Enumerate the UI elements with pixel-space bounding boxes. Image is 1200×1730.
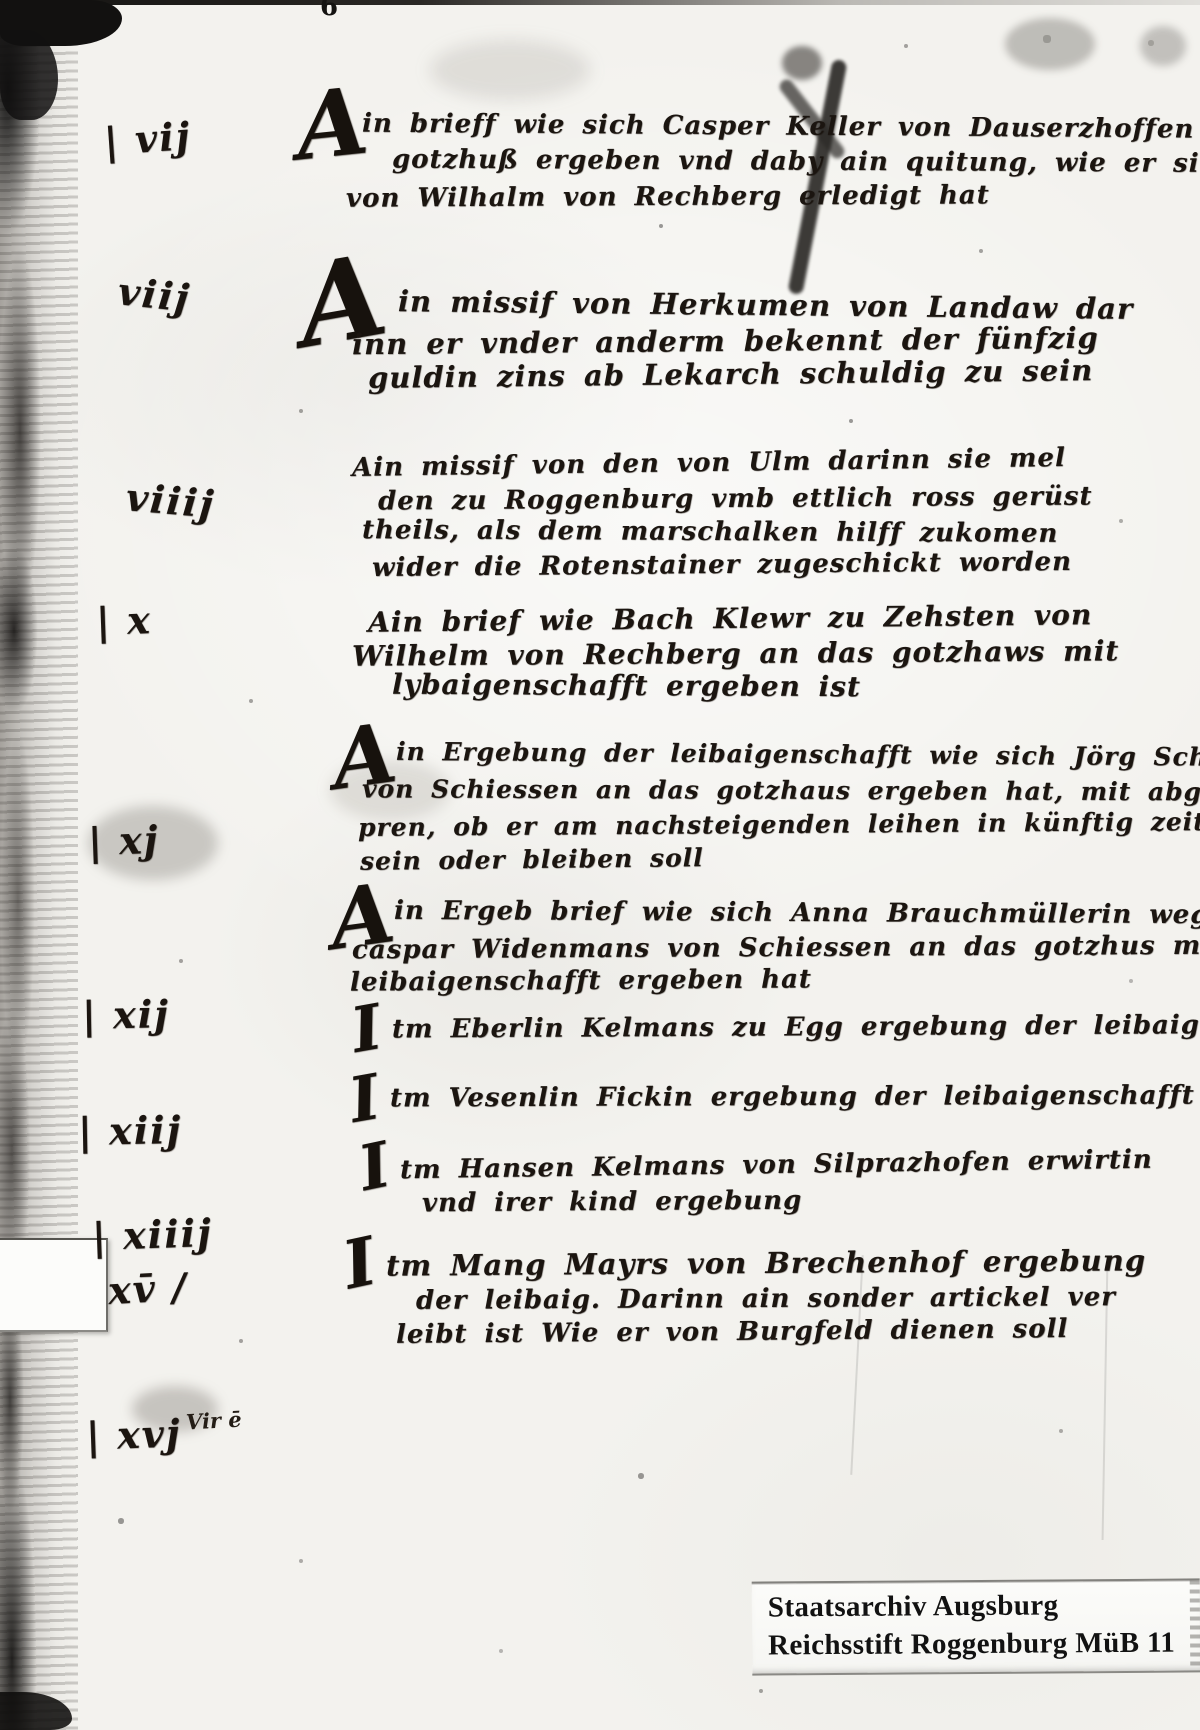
entry-line: lybaigenschafft ergeben ist [392,668,861,703]
margin-numeral: viiij [124,474,217,527]
margin-numeral: | xiij [78,1107,183,1154]
entry-line: den zu Roggenburg vmb ettlich ross gerüs… [378,482,1093,517]
stain-blob [1005,18,1095,70]
entry-initial: I [345,1066,384,1132]
archive-stamp: Staatsarchiv Augsburg Reichsstift Roggen… [752,1578,1200,1675]
entry-line: tm Hansen Kelmans von Silprazhofen erwir… [400,1145,1153,1186]
entry-line: in Ergebung der leibaigenschafft wie sic… [396,737,1200,772]
entry-initial: I [347,996,386,1062]
entry-line: von Wilhalm von Rechberg erledigt hat [346,180,990,213]
stamp-torn-edge [1190,1580,1200,1670]
entry-line: von Schiessen an das gotzhaus ergeben ha… [362,774,1200,806]
margin-numeral: xv̄ ∕ [107,1264,189,1313]
entry-line: theils, als dem marschalken hilff zukome… [362,515,1059,549]
stain-blob [430,40,590,100]
margin-numeral: | x [95,597,152,644]
entry-line: tm Eberlin Kelmans zu Egg ergebung der l… [392,1010,1200,1045]
margin-note: Vir ē [185,1407,242,1435]
stain-blob [1140,26,1186,66]
scan-edge-top [0,0,1200,5]
entry-line: caspar Widenmans von Schiessen an das go… [352,931,1200,966]
entry-initial: I [337,1228,381,1299]
stamp-line-2: Reichsstift Roggenburg MüB 11 [768,1627,1175,1663]
stamp-line-1: Staatsarchiv Augsburg [768,1589,1059,1624]
paper-speckles [0,0,2,2]
entry-line: pren, ob er am nachsteigenden leihen in … [358,807,1200,842]
entry-line: leibaigenschafft ergeben hat [350,964,812,997]
margin-numeral: | xvj [85,1410,182,1458]
entry-line: guldin zins ab Lekarch schuldig zu sein [368,353,1094,395]
top-edge-mark: 6 [320,0,338,22]
entry-line: Wilhelm von Rechberg an das gotzhaws mit [352,634,1120,672]
entry-line: in brieff wie sich Casper Keller von Dau… [362,109,1200,146]
entry-line: in missif von Herkumen von Landaw dar [398,284,1134,326]
entry-line: der leibaig. Darinn ain sonder artickel … [416,1282,1116,1316]
entry-initial: A [291,75,372,174]
entry-line: wider die Rotenstainer zugeschickt worde… [372,547,1072,583]
margin-numeral: | xj [87,817,160,864]
margin-numeral: | xij [82,991,171,1038]
entry-line: tm Mang Mayrs von Brechenhof ergebung [386,1243,1146,1282]
margin-numeral: | vij [103,113,193,164]
entry-line: in Ergeb brief wie sich Anna Brauchmülle… [394,896,1200,930]
entry-initial: I [354,1134,395,1201]
entry-line: Ain missif von den von Ulm darinn sie me… [352,443,1066,483]
entry-line: Ain brief wie Bach Klewr zu Zehsten von [368,598,1093,639]
margin-numeral: | xiiij [91,1210,213,1259]
ink-smear [752,52,862,302]
ink-smear-stroke [782,46,822,80]
binding-gutter-shadow [0,0,78,1730]
entry-line: sein oder bleiben soll [360,843,704,876]
entry-line: vnd irer kind ergebung [422,1186,802,1219]
entry-line: leibt ist Wie er von Burgfeld dienen sol… [396,1314,1069,1350]
entry-line: gotzhuß ergeben vnd daby ain quitung, wi… [392,145,1200,180]
manuscript-page: 6 | vij viij viiij | x | xj | xij | xiij… [0,0,1200,1730]
margin-numeral: viij [116,268,193,320]
entry-line: tm Vesenlin Fickin ergebung der leibaige… [390,1081,1195,1114]
